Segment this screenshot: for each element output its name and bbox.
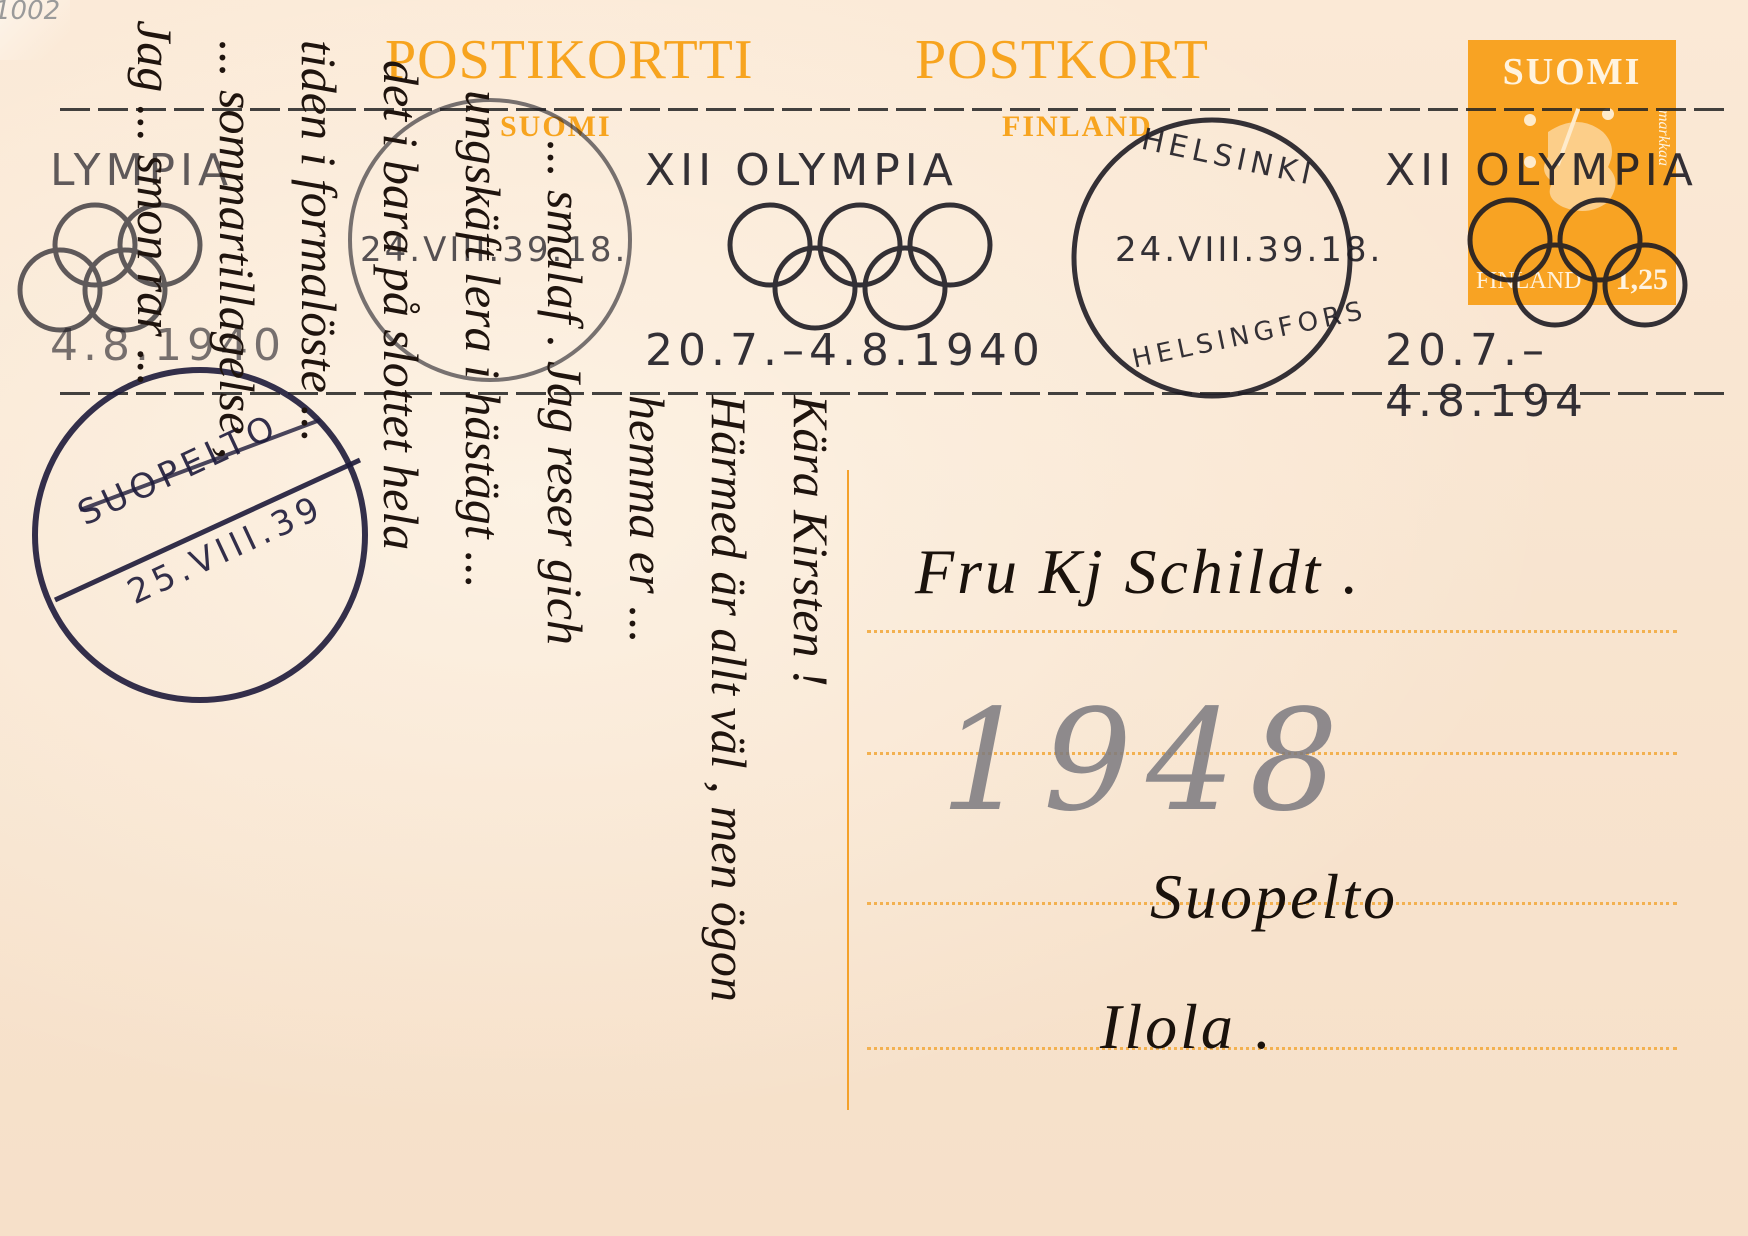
olympic-rings-icon: [730, 205, 990, 328]
message-line-6: det i bara på slottet hela: [372, 60, 430, 550]
message-line-9: Jag ... smon rar ...: [126, 20, 184, 387]
address-line-1: [867, 630, 1677, 633]
address-divider: [847, 470, 849, 1110]
message-line-5: ungskäft lera i hästägt ...: [454, 90, 512, 589]
postmark-date: 24.VIII.39.18.: [1115, 230, 1383, 270]
recipient-village: Suopelto: [1150, 860, 1398, 934]
message-line-4: ... smalaf . Jag reser gich: [536, 140, 594, 645]
message-line-7: tiden i formalöste ...: [290, 40, 348, 443]
message-line-1: Kära Kirsten !: [782, 395, 840, 687]
recipient-name: Fru Kj Schildt .: [915, 535, 1361, 609]
recipient-town: Ilola .: [1100, 990, 1274, 1064]
message-line-8: ... sommartillagelse ,: [208, 40, 266, 459]
message-line-3: hemma er ...: [618, 395, 676, 644]
postcard: 1002 POSTIKORTTI POSTKORT SUOMI FINLAND …: [0, 0, 1748, 1236]
pencil-year-note: 1948: [940, 680, 1352, 843]
message-line-2: Härmed är allt väl , men ögon: [700, 395, 758, 1002]
